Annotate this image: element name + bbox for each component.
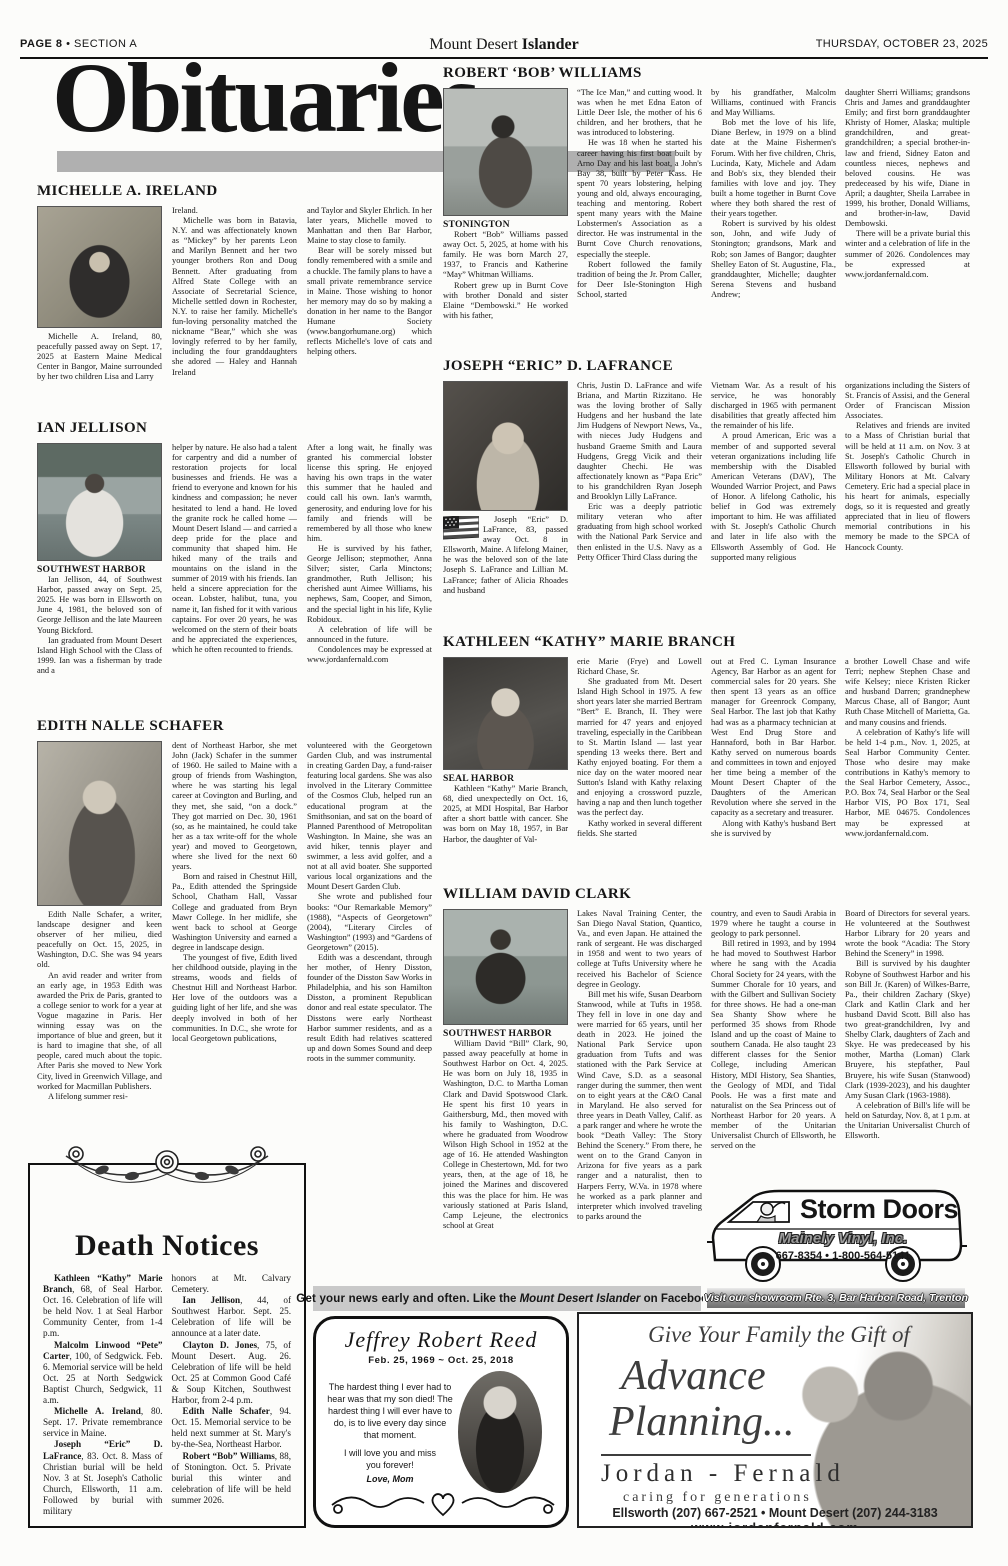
obituary-dateline: SEAL HARBOR [443,774,568,784]
jf-ad-rule [601,1454,811,1456]
memorial-ad-message: The hardest thing I ever had to hear was… [326,1381,454,1441]
obituary-robert-williams: ROBERT ‘BOB’ WILLIAMS STONINGTON Robert … [443,65,970,361]
storm-doors-ad: Storm Doors Mainely Vinyl, Inc. 667-8354… [703,1174,975,1310]
obituary-photo-robert-williams [443,88,568,216]
storm-doors-title: Storm Doors [791,1194,967,1225]
jf-ad-line1: Give Your Family the Gift of [609,1322,949,1348]
obituary-photo-edith-schafer [37,741,162,906]
memorial-ad-firefighter-photo [458,1371,542,1493]
memorial-ad-message2: I will love you and miss you forever! Lo… [338,1447,442,1485]
jf-ad-line3: Planning... [609,1398,795,1446]
jf-ad-funeral-home-name: Jordan - Fernald [601,1460,845,1488]
memorial-ad-message2-text: I will love you and miss you forever! [344,1448,436,1470]
obituary-photo-joseph-lafrance [443,381,568,511]
death-notices-column-2: honors at Mt. Calvary Cemetery.Ian Jelli… [172,1273,292,1517]
obituary-headline: EDITH NALLE SCHAFER [37,718,432,735]
obituary-dateline: STONINGTON [443,220,568,230]
obituary-headline: ROBERT ‘BOB’ WILLIAMS [443,65,970,82]
facebook-promo-mid: Like the [470,1293,520,1305]
obituary-headline: KATHLEEN “KATHY” MARIE BRANCH [443,634,970,651]
obituary-headline: WILLIAM DAVID CLARK [443,886,970,903]
death-notices-title: Death Notices [30,1229,304,1263]
memorial-ad-signature: Love, Mom [338,1473,442,1485]
us-flag-icon [443,516,479,543]
obituary-photo-michelle-ireland [37,206,162,328]
obituary-headline: MICHELLE A. IRELAND [37,183,432,200]
obituary-headline: IAN JELLISON [37,420,432,437]
memorial-ad-jeffrey-reed: Jeffrey Robert Reed Feb. 25, 1969 ~ Oct.… [313,1316,569,1528]
obituary-kathleen-branch: KATHLEEN “KATHY” MARIE BRANCH SEAL HARBO… [443,634,970,886]
storm-doors-company: Mainely Vinyl, Inc. [755,1230,931,1247]
facebook-promo-paper-name: Mount Desert Islander [520,1293,641,1305]
obituary-photo-william-clark [443,909,568,1025]
memorial-ad-dates: Feb. 25, 1969 ~ Oct. 25, 2018 [316,1355,566,1366]
obituary-photo-kathleen-branch [443,657,568,770]
obituary-joseph-lafrance: JOSEPH “ERIC” D. LAFRANCE Joseph “Eric” … [443,358,970,632]
obituary-photo-ian-jellison [37,443,162,561]
obituary-dateline: SOUTHWEST HARBOR [37,565,162,575]
newspaper-page: PAGE 8 • SECTION A Mount Desert Islander… [0,0,1008,1566]
obituary-dateline: SOUTHWEST HARBOR [443,1029,568,1039]
jf-ad-phones: Ellsworth (207) 667-2521 • Mount Desert … [579,1506,971,1520]
jf-ad-tagline: caring for generations [623,1490,812,1506]
storm-doors-caption-bar: Visit our showroom Rte. 3, Bar Harbor Ro… [707,1288,965,1308]
rose-garland-icon [62,1126,272,1190]
jf-ad-website: www.jordanfernald.com [579,1520,971,1528]
jf-ad-line2: Advance [621,1352,766,1400]
obituary-edith-schafer: EDITH NALLE SCHAFER Edith Nalle Schafer,… [37,718,432,1158]
obituary-michelle-ireland: MICHELLE A. IRELAND Michelle A. Ireland,… [37,183,432,420]
obituary-ian-jellison: IAN JELLISON SOUTHWEST HARBOR Ian Jellis… [37,420,432,716]
facebook-promo-bold: Get your news early and often. [296,1293,469,1305]
storm-doors-caption: Visit our showroom Rte. 3, Bar Harbor Ro… [704,1292,968,1304]
facebook-promo-bar: Get your news early and often. Like the … [313,1286,701,1311]
storm-doors-phone: 667-8354 • 1-800-564-5141 [755,1250,931,1262]
obituary-headline: JOSEPH “ERIC” D. LAFRANCE [443,358,970,375]
death-notices-column-1: Kathleen “Kathy” Marie Branch, 68, of Se… [43,1273,163,1517]
heart-flourish-icon [330,1487,556,1521]
death-notices-box: Death Notices Kathleen “Kathy” Marie Bra… [28,1163,306,1528]
memorial-ad-name: Jeffrey Robert Reed [316,1327,566,1353]
jordan-fernald-ad: Give Your Family the Gift of Advance Pla… [577,1312,973,1528]
issue-date: THURSDAY, OCTOBER 23, 2025 [816,38,988,50]
